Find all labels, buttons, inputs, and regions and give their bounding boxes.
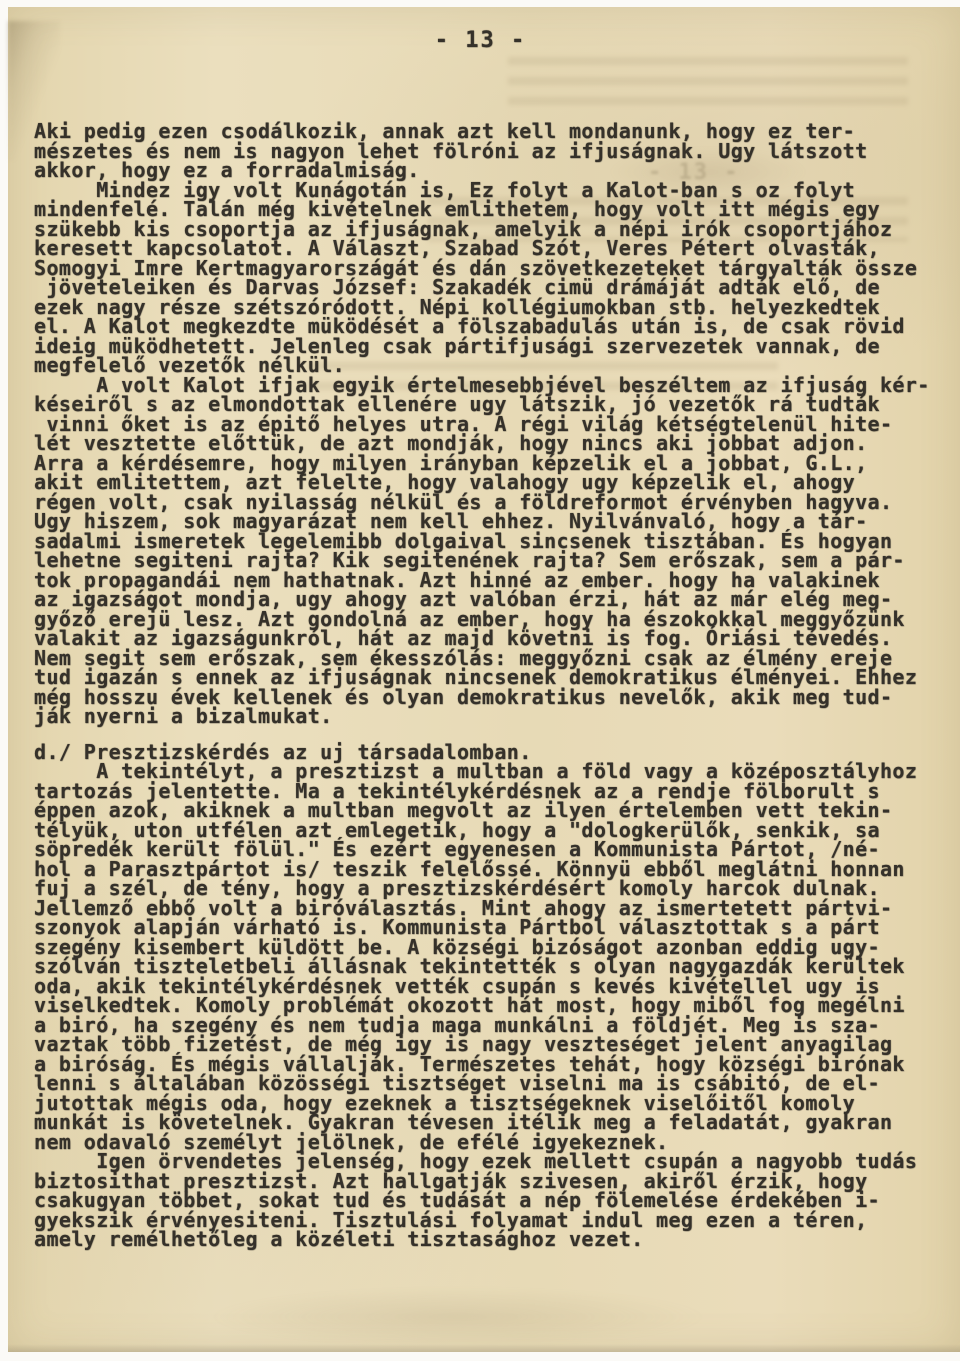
text-line: amely remélhetőleg a közéleti tisztaságh… [34,1230,944,1250]
scanned-page: - 13 - - 13 - Aki pedig ezen csodálkozik… [0,0,960,1361]
paper-bottom-edge [8,1344,960,1352]
paragraph-orvendetes: Igen örvendetes jelenség, hogy ezek mell… [34,1152,944,1250]
bleedthrough-smudge [208,1287,708,1347]
page-number: - 13 - [34,28,927,53]
paragraph-kunagota: Mindez igy volt Kunágotán is, Ez folyt a… [34,181,944,376]
bleedthrough-smudge [508,57,908,117]
paragraph-intro: Aki pedig ezen csodálkozik, annak azt ke… [34,122,944,181]
paragraph-tekintely: A tekintélyt, a presztizst a multban a f… [34,762,944,1152]
text-line: ják nyerni a bizalmukat. [34,707,944,727]
typewritten-text: Aki pedig ezen csodálkozik, annak azt ke… [34,122,944,1250]
paragraph-kalot-ifjak: A volt Kalot ifjak egyik értelmesebbjéve… [34,376,944,727]
